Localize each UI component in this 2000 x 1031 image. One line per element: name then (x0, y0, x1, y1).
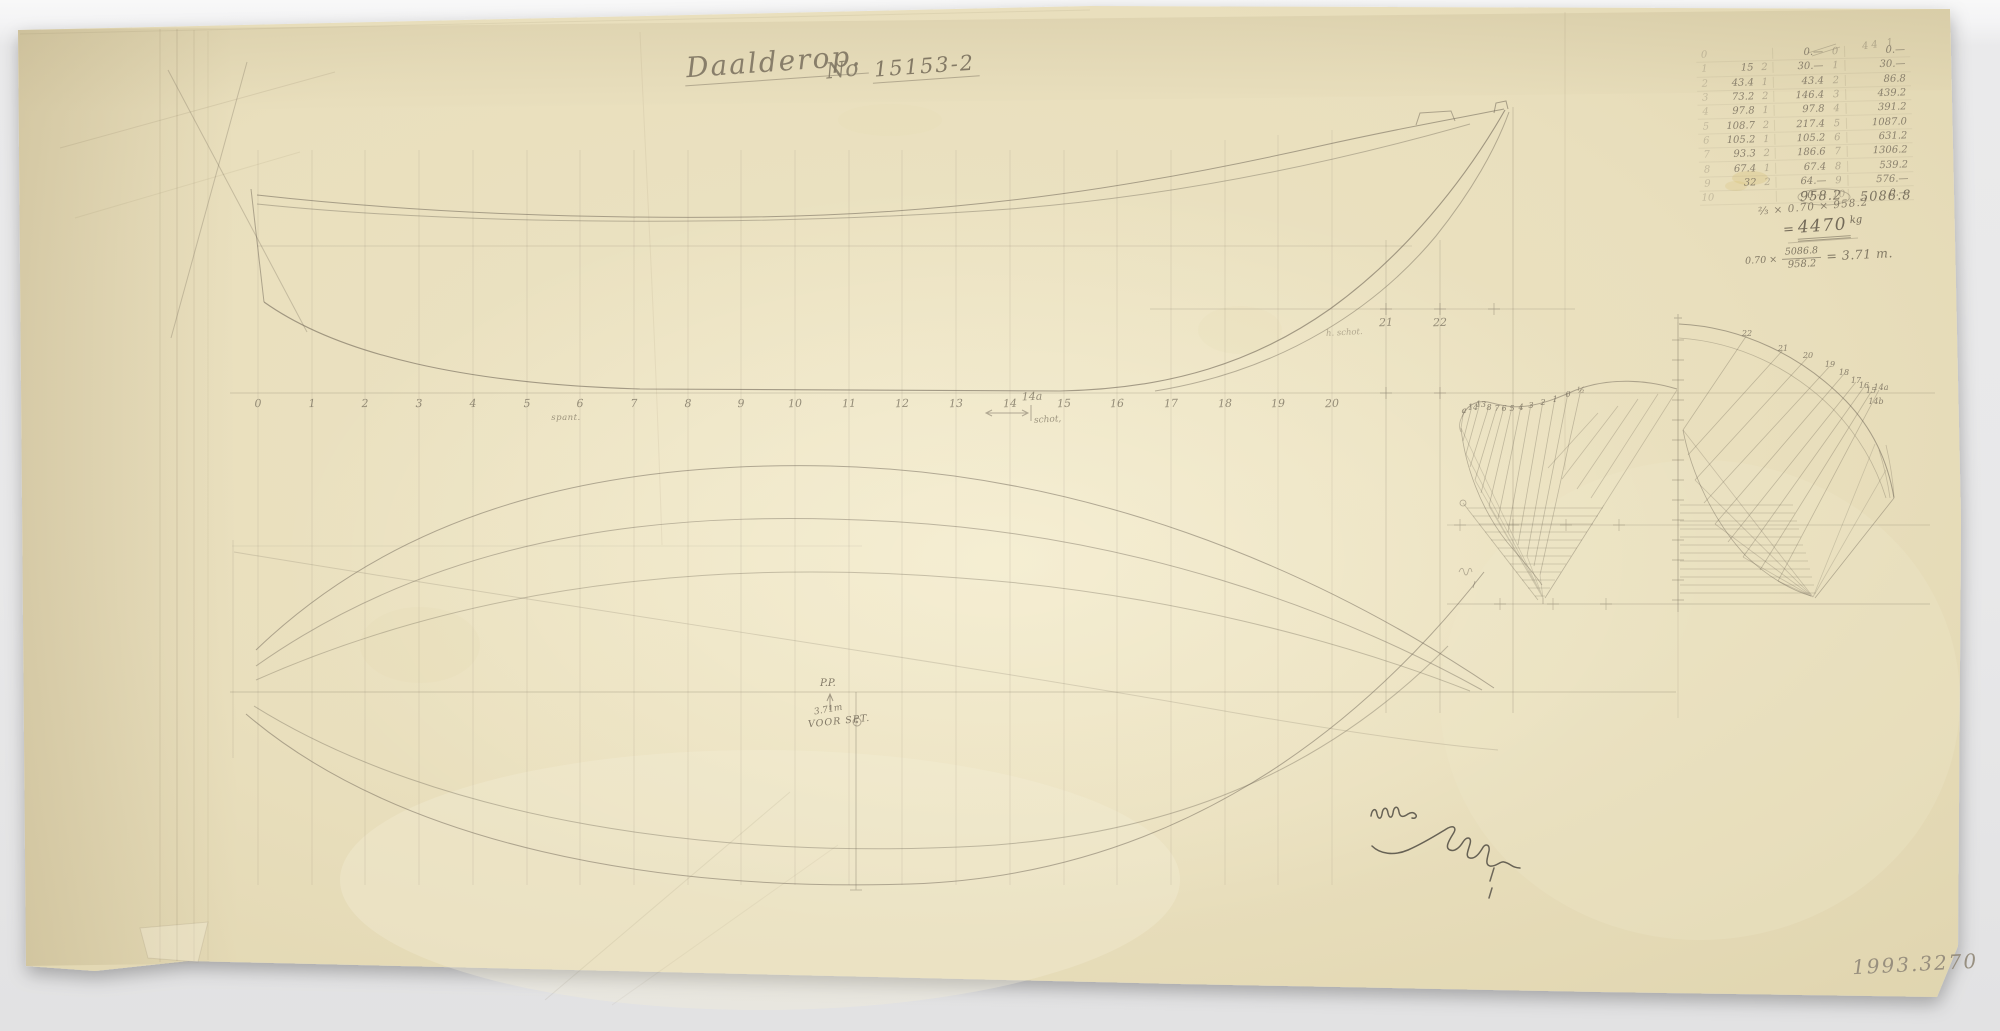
cell-station: 1 (1696, 64, 1712, 75)
station-label: 7 (630, 397, 637, 410)
cell-area: 32 (1715, 177, 1759, 189)
station-label: 10 (788, 397, 802, 410)
station-label: 16 (1110, 397, 1124, 410)
station-label: 15 (1057, 397, 1071, 410)
station-label: 8 (684, 397, 691, 410)
cell-lever: 7 (1829, 146, 1847, 157)
cell-product: 30.— (1772, 61, 1826, 73)
station-label: 22 (1433, 316, 1447, 329)
cell-moment: 1306.2 (1847, 144, 1911, 157)
cell-area: 73.2 (1713, 91, 1757, 103)
section-label: 14b (1868, 397, 1883, 406)
cell-simpson-factor: 1 (1759, 162, 1775, 173)
cell-product: 146.4 (1773, 89, 1827, 101)
station-label: 18 (1218, 397, 1232, 410)
cell-simpson-factor: 1 (1757, 105, 1773, 116)
station-label: 9 (737, 397, 744, 410)
cell-station: 0 (1696, 50, 1712, 61)
lcb-result: = 3.71 m. (1826, 247, 1893, 263)
cell-area: 97.8 (1713, 106, 1757, 118)
section-label: 7 (1494, 404, 1499, 413)
cell-area: 105.2 (1714, 134, 1758, 146)
section-label: 20 (1803, 351, 1813, 360)
section-label: 3 (1528, 401, 1533, 410)
cell-lever: 3 (1827, 89, 1845, 100)
cell-moment: 30.— (1844, 59, 1908, 72)
cell-simpson-factor: 2 (1757, 91, 1773, 102)
section-label: 6 (1501, 404, 1506, 413)
cell-lever: 9 (1829, 175, 1847, 186)
cell-simpson-factor: 1 (1758, 134, 1774, 145)
section-label: 13 (1476, 400, 1486, 409)
cell-area: 43.4 (1713, 77, 1757, 89)
cell-station: 2 (1697, 78, 1713, 89)
section-label: 19 (1825, 360, 1835, 369)
cell-moment: 1087.0 (1846, 116, 1910, 129)
cell-area: 93.3 (1715, 148, 1759, 160)
paper-sheet (18, 6, 1961, 1010)
station-label: 20 (1325, 397, 1339, 410)
cell-simpson-factor: 2 (1759, 177, 1775, 188)
cell-station: 7 (1699, 150, 1715, 161)
station-label: 1 (308, 397, 315, 410)
cell-simpson-factor: 2 (1758, 119, 1774, 130)
cell-simpson-factor: 2 (1759, 148, 1775, 159)
station-label: 14a (1021, 390, 1042, 404)
annotation-schot: schot, (1034, 415, 1062, 425)
cell-moment: 439.2 (1845, 87, 1909, 100)
section-label: 8 (1486, 403, 1491, 412)
displacement-value: 4470 (1796, 214, 1851, 242)
cell-product: 217.4 (1774, 118, 1828, 130)
station-label: 4 (469, 397, 476, 410)
section-label: 4 (1518, 403, 1523, 412)
scanned-lines-plan: Daalderop. No 15153-2 44 1 0 0.— 0 0.— 1… (0, 0, 2000, 1031)
title-number-prefix: No (825, 58, 860, 83)
station-label: 11 (842, 397, 856, 410)
cell-station: 3 (1697, 92, 1713, 103)
station-label: 12 (895, 397, 909, 410)
cell-station: 6 (1698, 135, 1714, 146)
cell-area (1716, 197, 1760, 198)
lcb-denominator: 958.2 (1782, 257, 1822, 270)
cell-station: 9 (1699, 178, 1715, 189)
section-label: 0 (1565, 390, 1570, 399)
cell-product: 43.4 (1773, 75, 1827, 87)
cell-moment: 86.8 (1845, 73, 1909, 86)
cell-lever: 6 (1828, 132, 1846, 143)
section-label: 22 (1742, 329, 1752, 338)
annotation-spant: spant. (551, 414, 580, 423)
cell-moment: 631.2 (1846, 130, 1910, 143)
station-label: 13 (949, 397, 963, 410)
catalog-number: 1993.3270 (1852, 951, 1979, 978)
cell-area: 67.4 (1715, 163, 1759, 175)
cell-product: 186.6 (1775, 147, 1829, 159)
cell-lever: 1 (1826, 60, 1844, 71)
cell-moment: 0.— (1844, 44, 1908, 57)
cell-product: 97.8 (1773, 104, 1827, 116)
lcb-fraction: 5086.8 958.2 (1782, 246, 1822, 271)
cell-lever: 4 (1827, 103, 1845, 114)
cell-station: 5 (1698, 121, 1714, 132)
section-label: 5 (1509, 404, 1514, 413)
cell-station: 8 (1699, 164, 1715, 175)
station-label: 14 (1003, 397, 1017, 410)
section-label: a (1462, 406, 1467, 415)
cell-product: 64.— (1775, 175, 1829, 187)
cell-product: 0.— (1772, 47, 1826, 59)
cell-station: 4 (1698, 107, 1714, 118)
station-label: 19 (1271, 397, 1285, 410)
station-label: 5 (523, 397, 530, 410)
section-label: 1 (1552, 395, 1557, 404)
cell-lever: 0 (1826, 46, 1844, 57)
station-label: 0 (254, 397, 261, 410)
cell-moment: 539.2 (1847, 159, 1911, 172)
station-label: 21 (1379, 316, 1393, 329)
equals-sign: = (1783, 222, 1795, 238)
cell-lever: 8 (1829, 160, 1847, 171)
cell-lever: 2 (1827, 75, 1845, 86)
cell-product: 105.2 (1774, 132, 1828, 144)
station-label: 6 (576, 397, 583, 410)
cell-moment: 576.— (1847, 173, 1911, 186)
cell-moment: 391.2 (1845, 102, 1909, 115)
displacement-unit: kg (1849, 214, 1862, 226)
lcb-prefix: 0.70 × (1745, 255, 1778, 266)
cell-area (1712, 54, 1756, 55)
cell-simpson-factor: 2 (1756, 62, 1772, 73)
cell-area: 15 (1712, 63, 1756, 75)
section-label: 2 (1540, 398, 1545, 407)
section-label: ½ (1577, 386, 1585, 395)
station-label: 2 (361, 397, 368, 410)
annotation-h-schot: h. schot. (1326, 328, 1363, 338)
cell-lever: 5 (1828, 118, 1846, 129)
cell-area: 108.7 (1714, 120, 1758, 132)
cell-station: 10 (1700, 192, 1716, 203)
station-label: 17 (1164, 397, 1178, 410)
station-label: 3 (415, 397, 422, 410)
section-label: 18 (1839, 368, 1849, 377)
annotation-pp: P.P. (820, 679, 836, 689)
displacement-table: 0 0.— 0 0.— 1 15 2 30.— 1 30.— 2 43.4 1 … (1696, 43, 1914, 206)
cell-simpson-factor: 1 (1757, 77, 1773, 88)
section-label: 21 (1778, 344, 1788, 353)
section-label: 14a (1874, 383, 1889, 392)
cell-product: 67.4 (1775, 161, 1829, 173)
